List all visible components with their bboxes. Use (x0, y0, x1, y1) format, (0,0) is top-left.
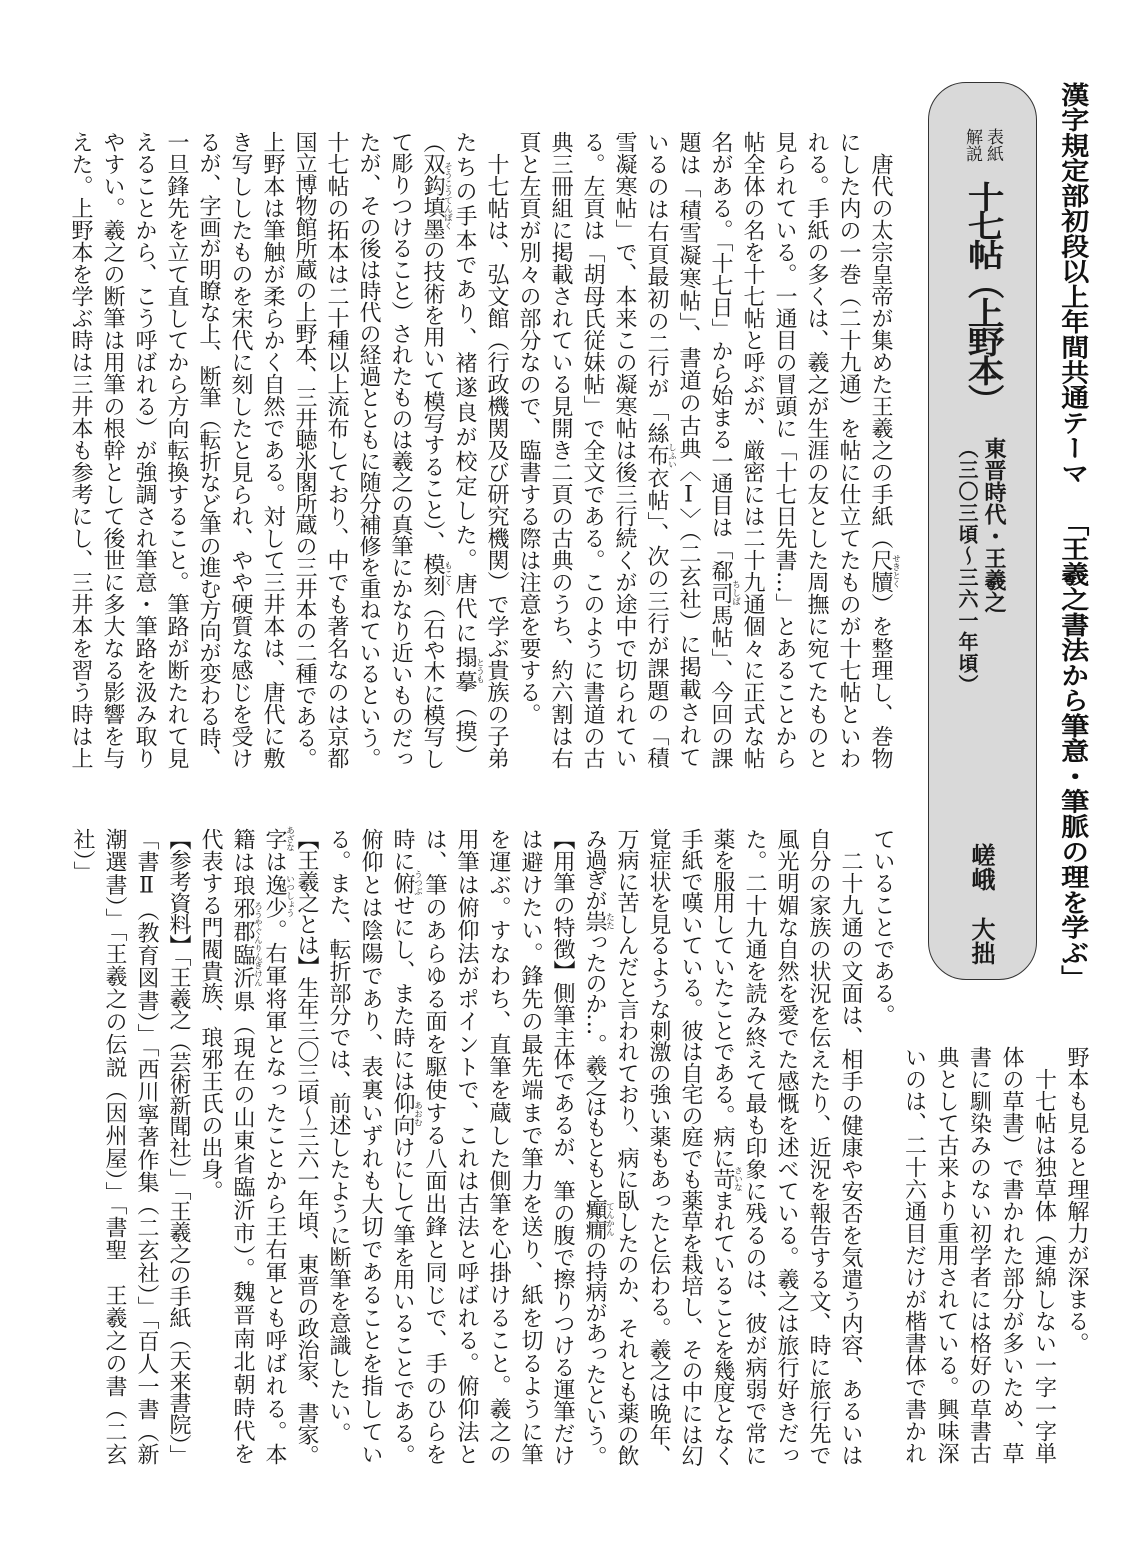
text-column: えた。上野本を学ぶ時は三井本も参考にし、三井本を習う時は上 (64, 131, 96, 769)
ruby-base: 仰向 (390, 1092, 415, 1136)
column-text: 【参考資料】「王羲之（芸術新聞社）」「王羲之の手紙（天来書院）」 (166, 828, 191, 1466)
column-text: 名がある。「十七日」から始まる一通目は「郗司馬ちしば帖」、今回の課 (708, 131, 733, 769)
ruby-base: 俯 (390, 872, 415, 894)
column-text: ていることである。 (870, 828, 895, 1026)
text-run: （ (420, 131, 445, 153)
text-run: 一旦鋒先を立て直してから方向転換すること。筆路が断たれて見 (164, 131, 189, 769)
ruby-base: 字 (262, 828, 287, 851)
text-column: 「書Ⅱ（教育図書）」「西川寧著作集（二玄社）」「百人一書（新 (130, 828, 162, 1466)
ruby-word: 双鈎填墨そうこうてんぼく (420, 153, 445, 240)
ruby-word: 癲癇てんかん (582, 1198, 607, 1239)
text-column: 俯仰とは陰陽であり、表裏いずれも大切であることを指してい (354, 828, 386, 1466)
body-lower-tier-right: 野本も見ると理解力が深まる。 十七帖は独草体（連綿しない一字一字単体の草書）で書… (897, 1046, 1092, 1464)
text-run: 俯仰とは陰陽であり、表裏いずれも大切であることを指してい (358, 828, 383, 1466)
text-run: ）を整理し、巻物 (868, 593, 893, 769)
text-column: 薬を服用していたことである。病に苛さいなまれていることを幾度となく (706, 828, 738, 1466)
life-dates: （三〇三頃〜三六一年頃） (955, 438, 979, 696)
ruby-reading: さいな (733, 1166, 742, 1192)
column-text: た。二十九通を読み終えて最も印象に残るのは、彼が病弱で常に (742, 828, 767, 1466)
body-lower-tier-left: ていることである。 二十九通の文面は、相手の健康や安否を気遣う内容、あるいは自分… (66, 828, 898, 1466)
text-column: 社）」 (66, 828, 98, 1466)
text-column: いのは、二十六通目だけが楷書体で書かれ (897, 1046, 930, 1464)
text-column: 覚症状を見るような刺激の強い薬もあったと伝わる。羲之は晩年、 (642, 828, 674, 1466)
text-column: 典三冊組に掲載されている見開き二頁の古典のうち、約六割は右 (544, 131, 576, 769)
text-column: き写ししたものを宋代に刻したと見られ、やや硬質な感じを受け (224, 131, 256, 769)
ruby-base: 祟 (582, 910, 607, 931)
text-column: 時に俯うつぶせにし、また時には仰向あおむけにして筆を用いることである。 (386, 828, 418, 1466)
text-column: たが、その後は時代の経過とともに随分補修を重ねているという。 (352, 131, 384, 769)
text-run: 頁と左頁が別々の部分なので、臨書する際は注意を要する。 (516, 131, 541, 725)
section-label-line2: 解説 (961, 128, 982, 162)
text-run: 【参考資料】「王羲之（芸術新聞社）」「王羲之の手紙（天来書院）」 (166, 828, 191, 1466)
column-text: るが、字画が明瞭な上、断筆（転折など筆の進む方向が変わる時、 (196, 131, 221, 769)
text-run: 見られている。一通目の冒頭に「十七日先書…」とあることから (772, 131, 797, 769)
column-text: いるのは右頁最初の二行が「絲布衣しふい帖」、次の三行が課題の「積 (644, 131, 669, 769)
column-text: れる。手紙の多くは、羲之が生涯の友とした周撫に宛てたものと (804, 131, 829, 769)
column-text: 見られている。一通目の冒頭に「十七日先書…」とあることから (772, 131, 797, 769)
column-text: は、筆のあらゆる面を駆使する八面出鋒と同じで、手のひらを (422, 828, 447, 1466)
article-title-text: 十七帖（上野本） (961, 181, 1003, 413)
ruby-reading: そうこうてんぼく (443, 162, 452, 230)
column-text: る。また、転折部分では、前述したように断筆を意識したい。 (326, 828, 351, 1444)
text-column: る。また、転折部分では、前述したように断筆を意識したい。 (322, 828, 354, 1466)
ruby-word: 模刻もこく (420, 553, 445, 596)
text-run: る。左頁は「胡母氏従妹帖」で全文である。このように書道の古 (580, 131, 605, 769)
column-text: 十七帖は独草体（連綿しない一字一字単 (1032, 1046, 1057, 1464)
text-column: 手紙で嘆いている。彼は自宅の庭でも薬草を栽培し、その中には幻 (674, 828, 706, 1466)
text-column: 用筆は俯仰法がポイントで、これは古法と呼ばれる。俯仰法と (450, 828, 482, 1466)
text-column: み過ぎが祟たたったのか…。羲之はもともと癲癇てんかんの持病があったという。 (578, 828, 610, 1466)
column-text: 典として古来より重用されている。興味深 (934, 1046, 959, 1464)
column-text: 国立博物館所蔵の上野本、三井聴氷閣所蔵の三井本の二種である。 (292, 131, 317, 769)
text-column: 野本も見ると理解力が深まる。 (1060, 1046, 1093, 1464)
column-text: み過ぎが祟たたったのか…。羲之はもともと癲癇てんかんの持病があったという。 (582, 828, 607, 1466)
text-run: は (262, 851, 287, 874)
text-column: 典として古来より重用されている。興味深 (930, 1046, 963, 1464)
text-run: いのは、二十六通目だけが楷書体で書かれ (902, 1046, 927, 1464)
ruby-base: 琅邪郡臨沂県 (230, 874, 255, 1013)
ruby-word: 郗司馬ちしば (708, 560, 733, 626)
column-text: 俯仰とは陰陽であり、表裏いずれも大切であることを指してい (358, 828, 383, 1466)
text-column: 風光明媚な自然を愛でた感慨を述べている。羲之は旅行好きだっ (770, 828, 802, 1466)
text-column: 一旦鋒先を立て直してから方向転換すること。筆路が断たれて見 (160, 131, 192, 769)
text-column: 国立博物館所蔵の上野本、三井聴氷閣所蔵の三井本の二種である。 (288, 131, 320, 769)
text-run: 手紙で嘆いている。彼は自宅の庭でも薬草を栽培し、その中には幻 (678, 828, 703, 1466)
column-text: は避けたい。鋒先の最先端まで筆力を送り、紙を切るように筆 (518, 828, 543, 1466)
ruby-base: 搨摹 (452, 646, 477, 695)
text-run: 帖全体の名を十七帖と呼ぶが、厳密には二十九通個々に正式な帖 (740, 131, 765, 769)
ruby-reading: たた (605, 912, 614, 929)
column-text: 上野本は筆触が柔らかく自然である。対して三井本は、唐代に敷 (260, 131, 285, 769)
ruby-base: 模刻 (420, 553, 445, 596)
column-text: やすい。羲之の断筆は用筆の根幹として後世に多大なる影響を与 (100, 131, 125, 769)
text-run: けにして筆を用いることである。 (390, 1136, 415, 1466)
text-column: 体の草書）で書かれた部分が多いため、草 (995, 1046, 1028, 1464)
column-text: 潮選書）」「王羲之の伝説（因州屋）」「書聖 王羲之の書（二玄 (102, 828, 127, 1466)
ruby-word: 搨摹とうも (452, 646, 477, 695)
text-run: 典として古来より重用されている。興味深 (934, 1046, 959, 1464)
column-text: 自分の家族の状況を伝えたり、近況を報告する文、時に旅行先で (806, 828, 831, 1466)
text-column: 十七帖は独草体（連綿しない一字一字単 (1027, 1046, 1060, 1464)
text-run: 十七帖は独草体（連綿しない一字一字単 (1032, 1046, 1057, 1464)
ruby-word: 琅邪郡臨沂県ろうやぐんりんぎけん (230, 874, 255, 1013)
text-run: 代表する門閥貴族、琅邪王氏の出身。 (198, 828, 223, 1202)
text-column: やすい。羲之の断筆は用筆の根幹として後世に多大なる影響を与 (96, 131, 128, 769)
column-text: 書に馴染みのない初学者には格好の草書古 (967, 1046, 992, 1464)
text-column: た。二十九通を読み終えて最も印象に残るのは、彼が病弱で常に (738, 828, 770, 1466)
text-run: 覚症状を見るような刺激の強い薬もあったと伝わる。羲之は晩年、 (646, 828, 671, 1466)
ruby-word: 俯うつぶ (390, 872, 415, 894)
text-run: 体の草書）で書かれた部分が多いため、草 (999, 1046, 1024, 1464)
text-run: （石や木に模写し (420, 596, 445, 769)
text-run: （摸） (452, 695, 477, 769)
ruby-reading: しふい (667, 443, 676, 469)
text-run: の持病があったという。 (582, 1240, 607, 1466)
text-run: る。また、転折部分では、前述したように断筆を意識したい。 (326, 828, 351, 1444)
ruby-reading: ちしば (731, 580, 740, 606)
column-text: 風光明媚な自然を愛でた感慨を述べている。羲之は旅行好きだっ (774, 828, 799, 1466)
ruby-word: 逸少いつしょう (262, 874, 287, 920)
text-run: 【王羲之とは】生年三〇三頃〜三六一年頃、東晋の政治家、書家。 (294, 828, 319, 1466)
text-column: 自分の家族の状況を伝えたり、近況を報告する文、時に旅行先で (802, 828, 834, 1466)
era-text: 東晋時代・王羲之 (981, 437, 1006, 613)
text-run: いるのは右頁最初の二行が「 (644, 131, 669, 422)
text-run: た。二十九通を読み終えて最も印象に残るのは、彼が病弱で常に (742, 828, 767, 1466)
text-column: を運ぶ。すなわち、直筆を蔵した側筆を心掛けること。羲之の (482, 828, 514, 1466)
era-and-calligrapher: 東晋時代・王羲之 (980, 437, 1006, 613)
column-text: えた。上野本を学ぶ時は三井本も参考にし、三井本を習う時は上 (68, 131, 93, 769)
author-given-name: 大拙 (967, 917, 995, 965)
column-text: 代表する門閥貴族、琅邪王氏の出身。 (198, 828, 223, 1202)
text-run: 時に (390, 828, 415, 872)
text-column: 書に馴染みのない初学者には格好の草書古 (962, 1046, 995, 1464)
body-upper-tier: 唐代の太宗皇帝が集めた王羲之の手紙（尺牘せきとく）を整理し、巻物にした内の一巻（… (64, 131, 896, 769)
column-text: 題は「積雪凝寒帖」、書道の古典〈Ⅰ〉（二玄社）に掲載されて (676, 131, 701, 769)
text-run: 万病に苦しんだと言われており、病に臥したのか、それとも薬の飲 (614, 828, 639, 1466)
text-column: れる。手紙の多くは、羲之が生涯の友とした周撫に宛てたものと (800, 131, 832, 769)
column-text: 帖全体の名を十七帖と呼ぶが、厳密には二十九通個々に正式な帖 (740, 131, 765, 769)
column-text: 字あざなは逸少いつしょう。右軍将軍となったことから王右軍とも呼ばれる。本 (262, 828, 287, 1466)
series-theme-heading: 漢字規定部初段以上年間共通テーマ「王羲之書法から筆意・筆脈の理を学ぶ」 (1053, 82, 1093, 990)
column-text: 【用筆の特徴】側筆主体であるが、筆の腹で擦りつける運筆だけ (550, 828, 575, 1466)
text-run: き写ししたものを宋代に刻したと見られ、やや硬質な感じを受け (228, 131, 253, 769)
column-text: る。左頁は「胡母氏従妹帖」で全文である。このように書道の古 (580, 131, 605, 769)
text-column: るが、字画が明瞭な上、断筆（転折など筆の進む方向が変わる時、 (192, 131, 224, 769)
text-run: 帖」、次の三行が課題の「積 (644, 489, 669, 769)
text-run: 用筆は俯仰法がポイントで、これは古法と呼ばれる。俯仰法と (454, 828, 479, 1466)
text-column: えることから、こう呼ばれる）が強調され筆意・筆路を汲み取り (128, 131, 160, 769)
text-run: えた。上野本を学ぶ時は三井本も参考にし、三井本を習う時は上 (68, 131, 93, 769)
ruby-base: 絲布衣 (644, 422, 669, 489)
ruby-base: 癲癇 (582, 1198, 607, 1239)
column-text: たが、その後は時代の経過とともに随分補修を重ねているという。 (356, 131, 381, 769)
text-run: 自分の家族の状況を伝えたり、近況を報告する文、時に旅行先で (806, 828, 831, 1466)
text-run: えることから、こう呼ばれる）が強調され筆意・筆路を汲み取り (132, 131, 157, 769)
text-column: ていることである。 (866, 828, 898, 1466)
column-text: 【王羲之とは】生年三〇三頃〜三六一年頃、東晋の政治家、書家。 (294, 828, 319, 1466)
column-text: 用筆は俯仰法がポイントで、これは古法と呼ばれる。俯仰法と (454, 828, 479, 1466)
ruby-reading: いつしょう (285, 875, 294, 918)
text-run: 野本も見ると理解力が深まる。 (1064, 1046, 1089, 1354)
text-run: 薬を服用していたことである。病に (710, 828, 735, 1168)
text-column: 十七帖は、弘文館（行政機関及び研究機関）で学ぶ貴族の子弟 (480, 131, 512, 769)
theme-label: 漢字規定部初段以上年間共通テーマ (1057, 82, 1089, 486)
column-text: 二十九通の文面は、相手の健康や安否を気遣う内容、あるいは (838, 828, 863, 1466)
text-column: 籍は琅邪郡臨沂県ろうやぐんりんぎけん（現在の山東省臨沂市）。魏晋南北朝時代を (226, 828, 258, 1466)
column-text: 体の草書）で書かれた部分が多いため、草 (999, 1046, 1024, 1464)
column-text: を運ぶ。すなわち、直筆を蔵した側筆を心掛けること。羲之の (486, 828, 511, 1466)
text-run: 「書Ⅱ（教育図書）」「西川寧著作集（二玄社）」「百人一書（新 (134, 828, 159, 1466)
column-text: 覚症状を見るような刺激の強い薬もあったと伝わる。羲之は晩年、 (646, 828, 671, 1466)
column-text: 十七帖の拓本は二十種以上流布しており、中でも著名なのは京都 (324, 131, 349, 769)
author-byline: 嵯峨大拙 (967, 843, 995, 965)
text-run: を運ぶ。すなわち、直筆を蔵した側筆を心掛けること。羲之の (486, 828, 511, 1466)
text-run: たが、その後は時代の経過とともに随分補修を重ねているという。 (356, 131, 381, 769)
column-text: えることから、こう呼ばれる）が強調され筆意・筆路を汲み取り (132, 131, 157, 769)
text-run: 籍は (230, 828, 255, 874)
ruby-word: 絲布衣しふい (644, 422, 669, 489)
ruby-base: 苛 (710, 1168, 735, 1189)
text-column: は、筆のあらゆる面を駆使する八面出鋒と同じで、手のひらを (418, 828, 450, 1466)
column-text: にした内の一巻（二十九通）を帖に仕立てたものが十七帖といわ (836, 131, 861, 769)
text-column: いるのは右頁最初の二行が「絲布衣しふい帖」、次の三行が課題の「積 (640, 131, 672, 769)
text-run: 国立博物館所蔵の上野本、三井聴氷閣所蔵の三井本の二種である。 (292, 131, 317, 769)
text-column: 【参考資料】「王羲之（芸術新聞社）」「王羲之の手紙（天来書院）」 (162, 828, 194, 1466)
ruby-word: 尺牘せきとく (868, 549, 893, 593)
text-column: 潮選書）」「王羲之の伝説（因州屋）」「書聖 王羲之の書（二玄 (98, 828, 130, 1466)
ruby-word: 字あざな (262, 828, 287, 851)
ruby-reading: うつぶ (413, 870, 422, 896)
column-text: き写ししたものを宋代に刻したと見られ、やや硬質な感じを受け (228, 131, 253, 769)
column-text: 典三冊組に掲載されている見開き二頁の古典のうち、約六割は右 (548, 131, 573, 769)
column-text: 時に俯うつぶせにし、また時には仰向あおむけにして筆を用いることである。 (390, 828, 415, 1466)
life-dates-text: （三〇三頃〜三六一年頃） (955, 438, 979, 696)
text-column: は避けたい。鋒先の最先端まで筆力を送り、紙を切るように筆 (514, 828, 546, 1466)
author-family-name: 嵯峨 (967, 843, 995, 891)
text-run: ていることである。 (870, 828, 895, 1026)
ruby-base: 逸少 (262, 874, 287, 920)
section-label: 表紙 解説 (961, 128, 1003, 162)
text-run: 十七帖の拓本は二十種以上流布しており、中でも著名なのは京都 (324, 131, 349, 769)
column-text: （双鈎填墨そうこうてんぼくの技術を用いて模写すること）、模刻もこく（石や木に模写… (420, 131, 445, 769)
column-text: 頁と左頁が別々の部分なので、臨書する際は注意を要する。 (516, 131, 541, 725)
column-text: 「書Ⅱ（教育図書）」「西川寧著作集（二玄社）」「百人一書（新 (134, 828, 159, 1466)
ruby-reading: あざな (285, 827, 294, 853)
text-run: 。右軍将軍となったことから王右軍とも呼ばれる。本 (262, 919, 287, 1466)
text-run: 十七帖は、弘文館（行政機関及び研究機関）で学ぶ貴族の子弟 (484, 131, 509, 769)
column-text: 万病に苦しんだと言われており、病に臥したのか、それとも薬の飲 (614, 828, 639, 1466)
text-run: 二十九通の文面は、相手の健康や安否を気遣う内容、あるいは (838, 828, 863, 1466)
text-run: て彫りつけること）されたものは羲之の真筆にかなり近いものだっ (388, 131, 413, 769)
column-text: 唐代の太宗皇帝が集めた王羲之の手紙（尺牘せきとく）を整理し、巻物 (868, 131, 893, 769)
section-label-line1: 表紙 (982, 128, 1003, 162)
text-run: せにし、また時には (390, 894, 415, 1092)
text-run: 潮選書）」「王羲之の伝説（因州屋）」「書聖 王羲之の書（二玄 (102, 828, 127, 1466)
text-run: 【用筆の特徴】側筆主体であるが、筆の腹で擦りつける運筆だけ (550, 828, 575, 1466)
ruby-reading: てんかん (605, 1202, 614, 1236)
text-run: 書に馴染みのない初学者には格好の草書古 (967, 1046, 992, 1464)
text-column: 名がある。「十七日」から始まる一通目は「郗司馬ちしば帖」、今回の課 (704, 131, 736, 769)
column-text: 十七帖は、弘文館（行政機関及び研究機関）で学ぶ貴族の子弟 (484, 131, 509, 769)
column-text: たちの手本であり、褚遂良が校定した。唐代に搨摹とうも（摸） (452, 131, 477, 769)
ruby-word: 祟たた (582, 910, 607, 931)
text-run: 社）」 (70, 828, 95, 883)
text-run: ったのか…。羲之はもともと (582, 931, 607, 1199)
text-column: て彫りつけること）されたものは羲之の真筆にかなり近いものだっ (384, 131, 416, 769)
ruby-base: 尺牘 (868, 549, 893, 593)
text-run: 題は「積雪凝寒帖」、書道の古典〈Ⅰ〉（二玄社）に掲載されて (676, 131, 701, 769)
ruby-reading: あおむ (413, 1101, 422, 1127)
text-run: （現在の山東省臨沂市）。魏晋南北朝時代を (230, 1013, 255, 1466)
column-text: て彫りつけること）されたものは羲之の真筆にかなり近いものだっ (388, 131, 413, 769)
text-run: 帖」、今回の課 (708, 626, 733, 769)
theme-title: 「王羲之書法から筆意・筆脈の理を学ぶ」 (1057, 511, 1089, 990)
series-theme-text: 漢字規定部初段以上年間共通テーマ「王羲之書法から筆意・筆脈の理を学ぶ」 (1057, 82, 1089, 990)
text-column: 【王羲之とは】生年三〇三頃〜三六一年頃、東晋の政治家、書家。 (290, 828, 322, 1466)
text-run: は、筆のあらゆる面を駆使する八面出鋒と同じで、手のひらを (422, 828, 447, 1466)
text-run: 上野本は筆触が柔らかく自然である。対して三井本は、唐代に敷 (260, 131, 285, 769)
text-run: にした内の一巻（二十九通）を帖に仕立てたものが十七帖といわ (836, 131, 861, 769)
text-run: 風光明媚な自然を愛でた感慨を述べている。羲之は旅行好きだっ (774, 828, 799, 1466)
ruby-base: 郗司馬 (708, 560, 733, 626)
column-text: 籍は琅邪郡臨沂県ろうやぐんりんぎけん（現在の山東省臨沂市）。魏晋南北朝時代を (230, 828, 255, 1466)
ruby-reading: せきとく (891, 554, 900, 588)
text-column: 唐代の太宗皇帝が集めた王羲之の手紙（尺牘せきとく）を整理し、巻物 (864, 131, 896, 769)
text-run: み過ぎが (582, 828, 607, 910)
column-text: 社）」 (70, 828, 95, 883)
text-column: 帖全体の名を十七帖と呼ぶが、厳密には二十九通個々に正式な帖 (736, 131, 768, 769)
text-column: （双鈎填墨そうこうてんぼくの技術を用いて模写すること）、模刻もこく（石や木に模写… (416, 131, 448, 769)
text-column: る。左頁は「胡母氏従妹帖」で全文である。このように書道の古 (576, 131, 608, 769)
text-column: 頁と左頁が別々の部分なので、臨書する際は注意を要する。 (512, 131, 544, 769)
text-run: は避けたい。鋒先の最先端まで筆力を送り、紙を切るように筆 (518, 828, 543, 1466)
text-run: 唐代の太宗皇帝が集めた王羲之の手紙（ (868, 131, 893, 549)
text-run: まれていることを幾度となく (710, 1190, 735, 1466)
text-run: れる。手紙の多くは、羲之が生涯の友とした周撫に宛てたものと (804, 131, 829, 769)
text-run: るが、字画が明瞭な上、断筆（転折など筆の進む方向が変わる時、 (196, 131, 221, 769)
text-run: 名がある。「十七日」から始まる一通目は「 (708, 131, 733, 560)
column-text: 野本も見ると理解力が深まる。 (1064, 1046, 1089, 1354)
ruby-word: 苛さいな (710, 1168, 735, 1189)
column-text: 雪凝寒帖」で、本来この凝寒帖は後三行続くが途中で切られてい (612, 131, 637, 769)
text-column: 十七帖の拓本は二十種以上流布しており、中でも著名なのは京都 (320, 131, 352, 769)
text-column: 上野本は筆触が柔らかく自然である。対して三井本は、唐代に敷 (256, 131, 288, 769)
text-run: の技術を用いて模写すること）、 (420, 239, 445, 553)
ruby-reading: とうも (475, 658, 484, 684)
text-column: 【用筆の特徴】側筆主体であるが、筆の腹で擦りつける運筆だけ (546, 828, 578, 1466)
ruby-word: 仰向あおむ (390, 1092, 415, 1136)
text-column: 雪凝寒帖」で、本来この凝寒帖は後三行続くが途中で切られてい (608, 131, 640, 769)
ruby-reading: ろうやぐんりんぎけん (253, 901, 262, 986)
text-run: やすい。羲之の断筆は用筆の根幹として後世に多大なる影響を与 (100, 131, 125, 769)
ruby-reading: もこく (443, 562, 452, 588)
text-run: 雪凝寒帖」で、本来この凝寒帖は後三行続くが途中で切られてい (612, 131, 637, 769)
column-text: いのは、二十六通目だけが楷書体で書かれ (902, 1046, 927, 1464)
text-column: 代表する門閥貴族、琅邪王氏の出身。 (194, 828, 226, 1466)
column-text: 一旦鋒先を立て直してから方向転換すること。筆路が断たれて見 (164, 131, 189, 769)
text-run: たちの手本であり、褚遂良が校定した。唐代に (452, 131, 477, 646)
ruby-base: 双鈎填墨 (420, 153, 445, 240)
column-text: 手紙で嘆いている。彼は自宅の庭でも薬草を栽培し、その中には幻 (678, 828, 703, 1466)
text-column: 二十九通の文面は、相手の健康や安否を気遣う内容、あるいは (834, 828, 866, 1466)
text-column: にした内の一巻（二十九通）を帖に仕立てたものが十七帖といわ (832, 131, 864, 769)
article-title: 十七帖（上野本） (958, 181, 1005, 413)
text-column: 見られている。一通目の冒頭に「十七日先書…」とあることから (768, 131, 800, 769)
column-text: 薬を服用していたことである。病に苛さいなまれていることを幾度となく (710, 828, 735, 1466)
text-run: 典三冊組に掲載されている見開き二頁の古典のうち、約六割は右 (548, 131, 573, 769)
